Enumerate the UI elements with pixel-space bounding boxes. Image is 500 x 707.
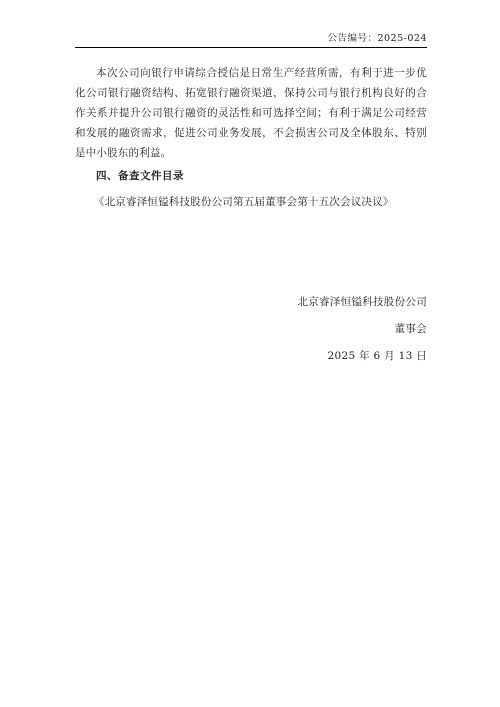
announcement-number: 公告编号：2025-024 <box>75 33 427 45</box>
signature-signer: 董事会 <box>75 319 427 339</box>
signature-block: 北京睿泽恒镒科技股份公司 董事会 2025 年 6 月 13 日 <box>75 292 427 366</box>
header-divider <box>75 47 427 48</box>
body-paragraph: 本次公司向银行申请综合授信是日常生产经营所需，有利于进一步优化公司银行融资结构、… <box>75 63 427 163</box>
signature-company: 北京睿泽恒镒科技股份公司 <box>75 292 427 312</box>
section-heading: 四、备查文件目录 <box>75 166 427 186</box>
page-content: 公告编号：2025-024 本次公司向银行申请综合授信是日常生产经营所需，有利于… <box>0 33 500 366</box>
reference-document-title: 《北京睿泽恒镒科技股份公司第五届董事会第十五次会议决议》 <box>75 192 427 212</box>
signature-date: 2025 年 6 月 13 日 <box>75 346 427 366</box>
document-page: 公告编号：2025-024 本次公司向银行申请综合授信是日常生产经营所需，有利于… <box>0 0 500 707</box>
